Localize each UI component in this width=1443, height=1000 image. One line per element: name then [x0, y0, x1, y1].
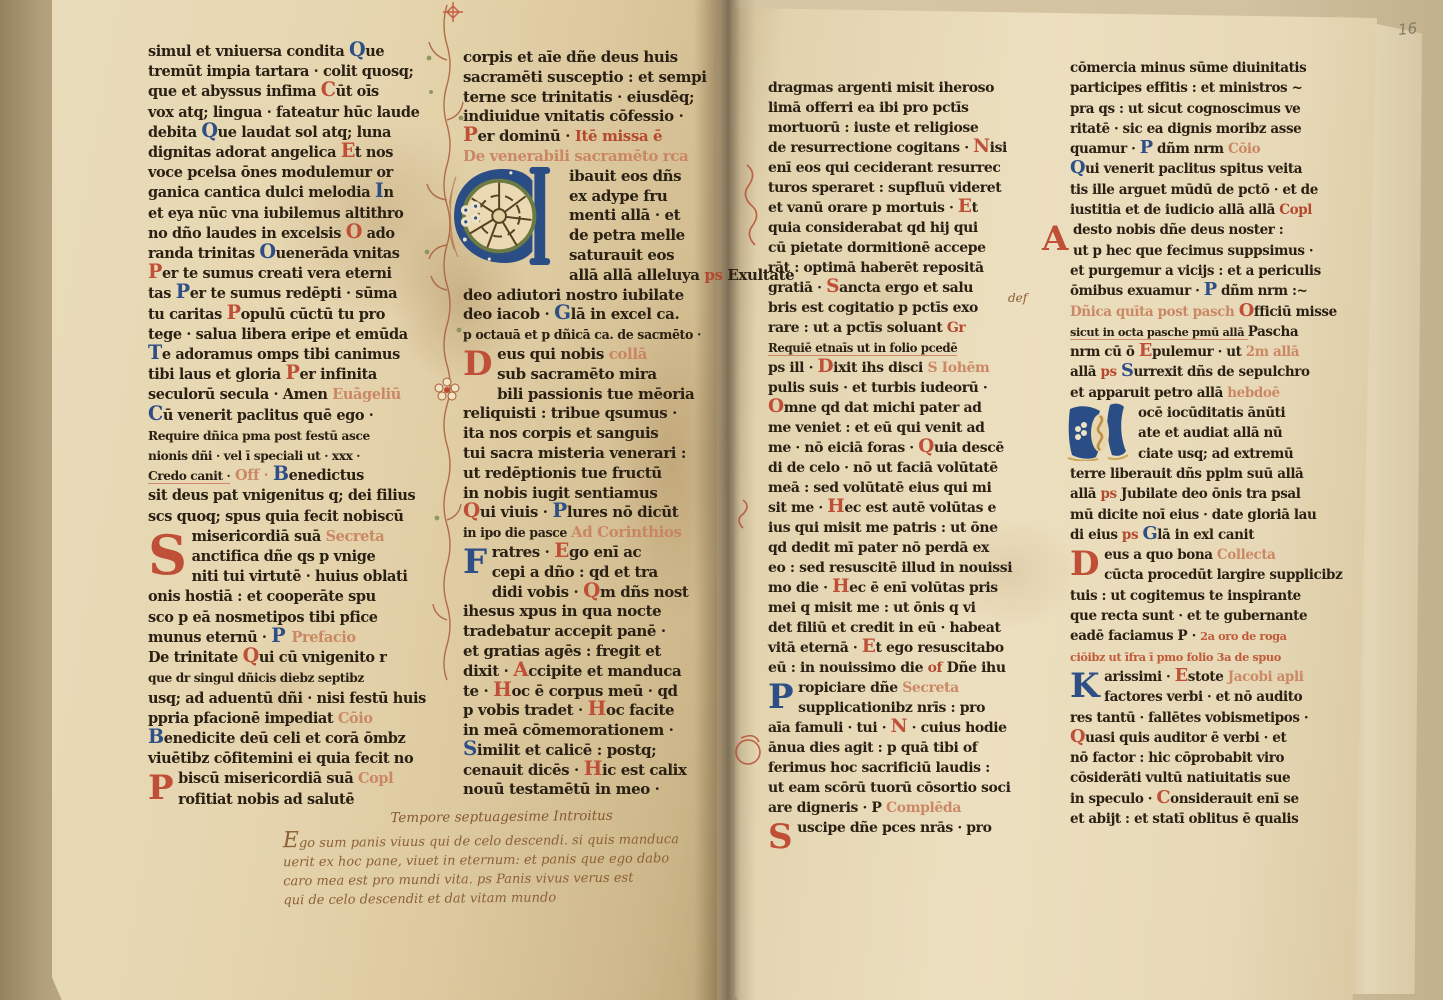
illuminated-initial-c	[449, 167, 561, 265]
addition-heading: Tempore septuagesime Introitus	[282, 806, 720, 830]
text-column-1: simul et vniuersa condita Quetremūt impi…	[148, 42, 456, 810]
marginal-note-def: def	[1008, 291, 1027, 305]
text-column-4: cōmercia minus sūme diuinitatisparticipe…	[1070, 58, 1370, 829]
manuscript-photo: simul et vniuersa condita Quetremūt impi…	[0, 0, 1443, 1000]
later-addition: Tempore septuagesime Introitus Ego sum p…	[282, 806, 721, 911]
illuminated-initial-v	[1066, 403, 1132, 461]
text-column-2: corpis et aīe dñe deus huissacramēti sus…	[463, 48, 715, 800]
addition-text: Ego sum panis viuus qui de celo descendi…	[283, 827, 722, 911]
folio-number: 16	[1397, 19, 1418, 39]
text-column-3: dragmas argenti misit iherosolimā offerr…	[768, 78, 1050, 858]
marginal-penwork-icon	[735, 140, 765, 790]
